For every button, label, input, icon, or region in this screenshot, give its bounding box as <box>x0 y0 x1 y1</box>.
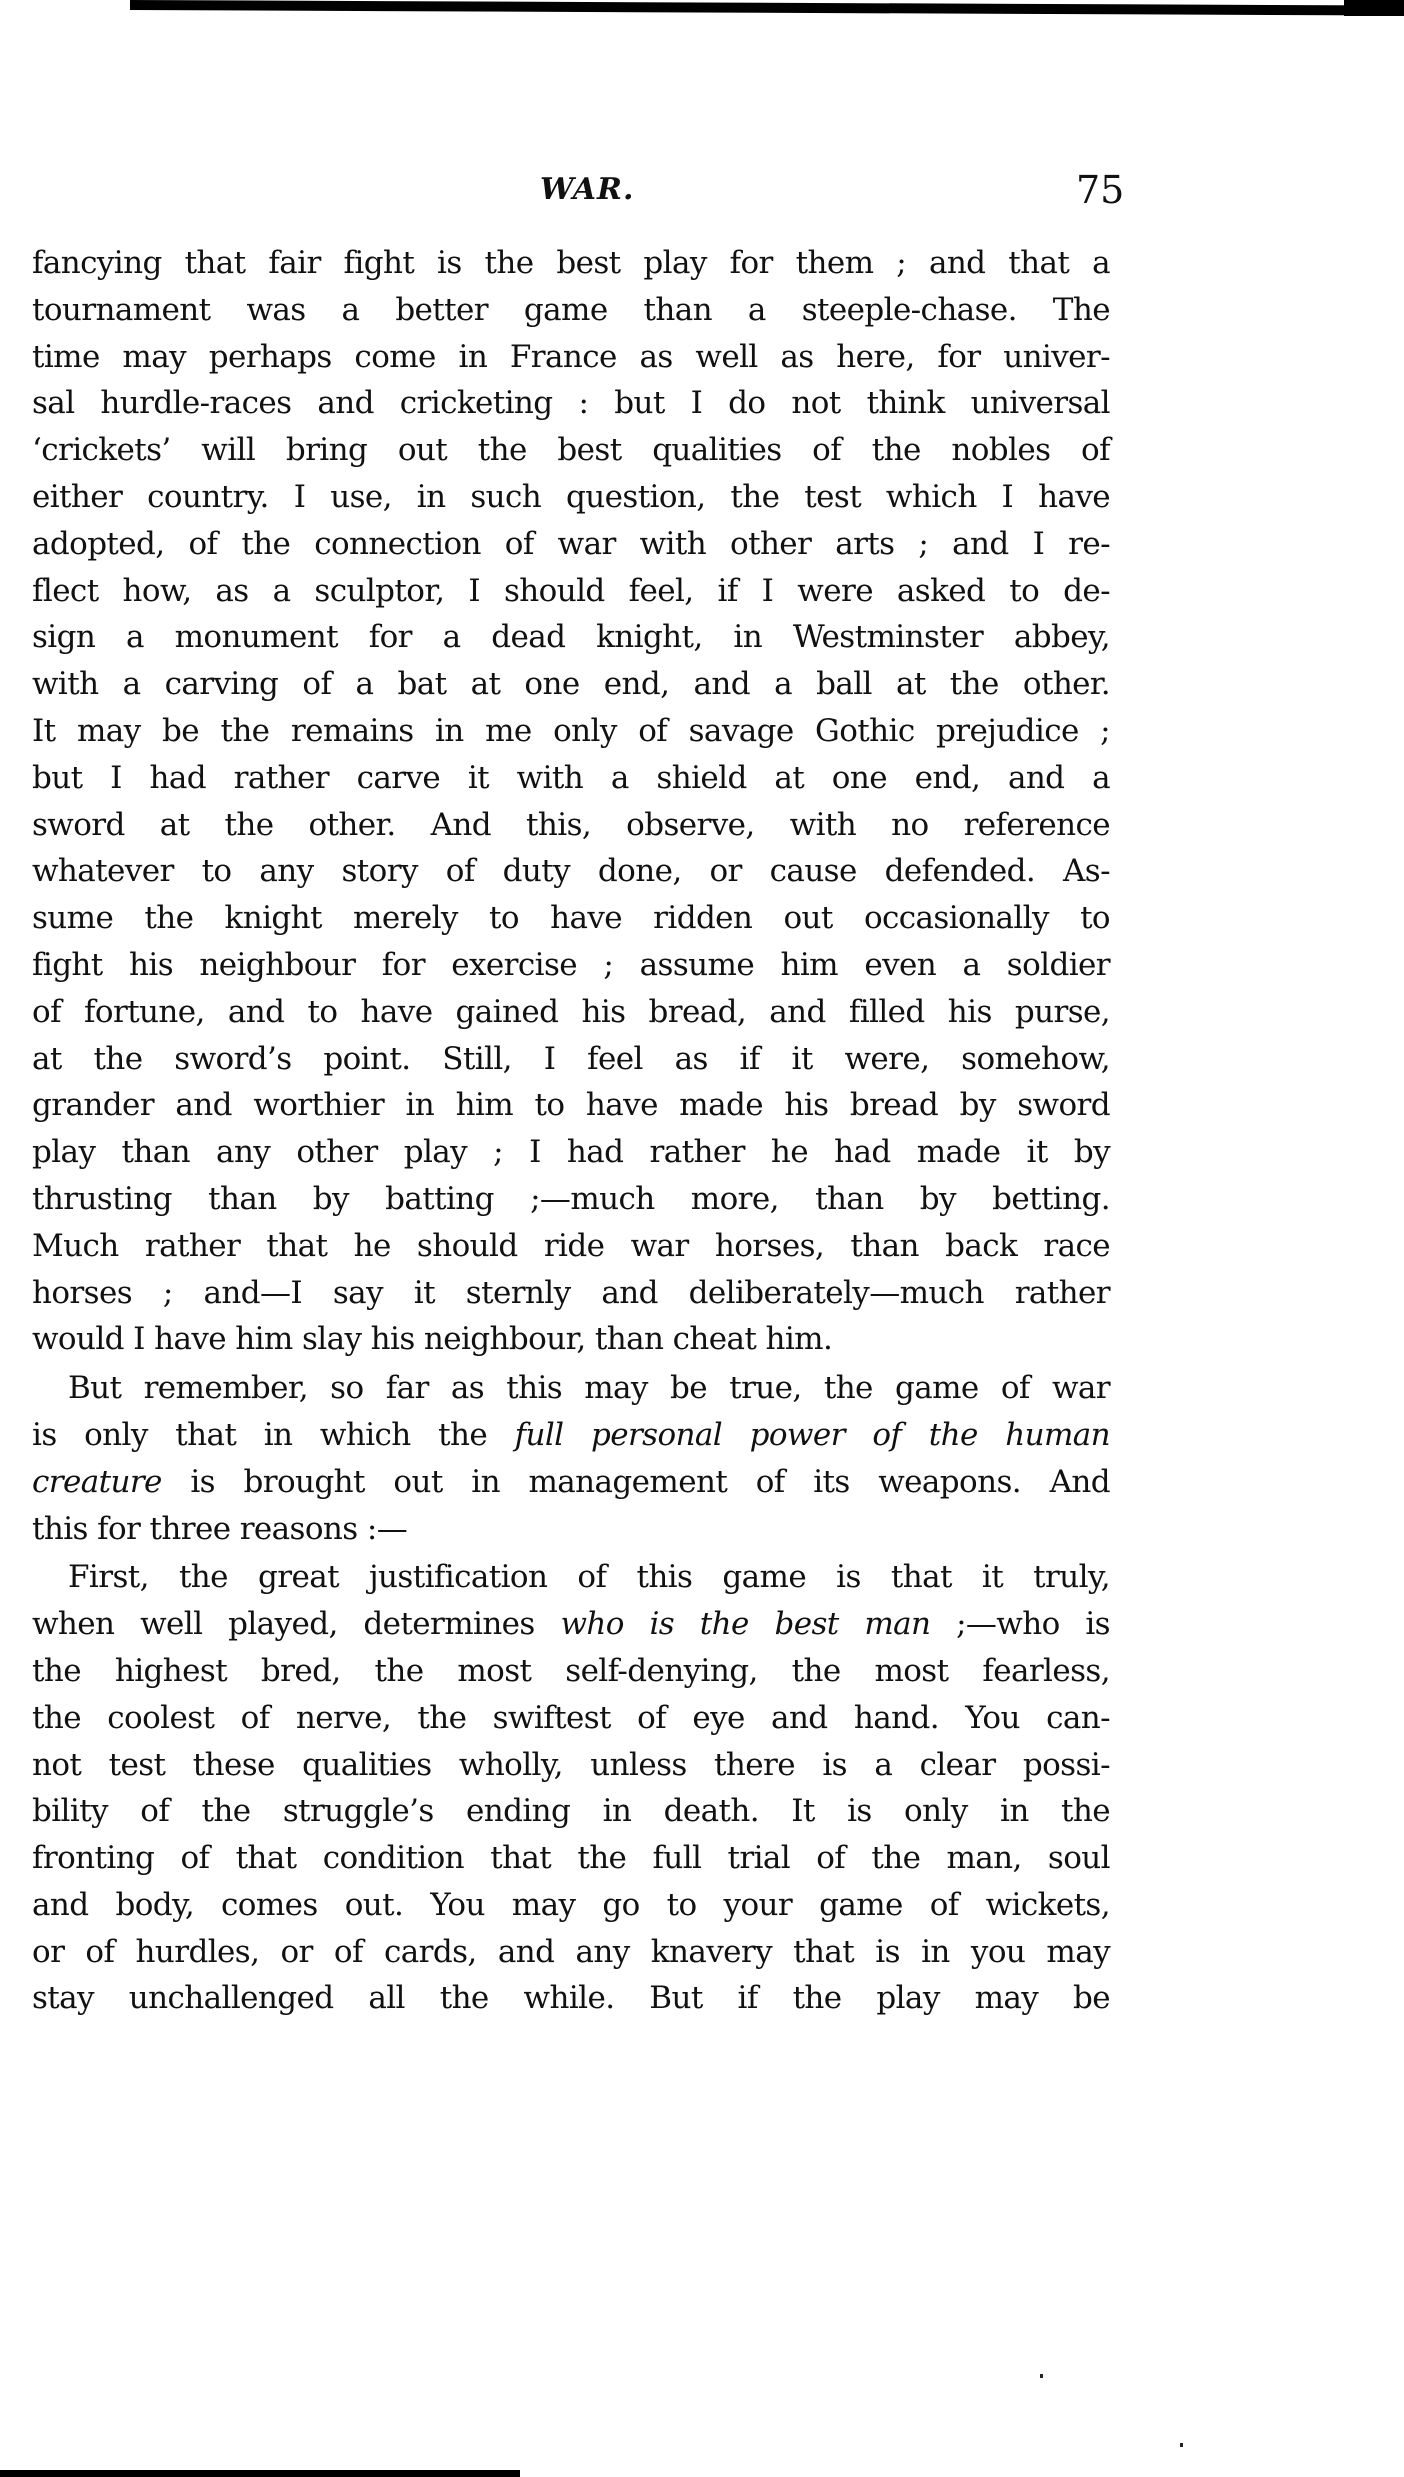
text-line: ‘crickets’ will bring out the best quali… <box>32 427 1110 474</box>
paragraph-3-line: not test these qualities wholly, unless … <box>32 1742 1110 1789</box>
text-line: sume the knight merely to have ridden ou… <box>32 895 1110 942</box>
text-line: horses ; and—I say it sternly and delibe… <box>32 1270 1110 1317</box>
paragraph-3-line: when well played, determines who is the … <box>32 1601 1110 1648</box>
text-line: It may be the remains in me only of sava… <box>32 708 1110 755</box>
paragraph-3-line: and body, comes out. You may go to your … <box>32 1882 1110 1929</box>
text-run: is brought out in management of its weap… <box>162 1464 1110 1500</box>
scan-edge-bottom <box>0 2470 520 2477</box>
scan-edge-top <box>130 0 1404 16</box>
page-header: WAR. 75 <box>0 168 1404 218</box>
paragraph-3-line: stay unchallenged all the while. But if … <box>32 1975 1110 2022</box>
text-run: ;—who is <box>930 1606 1110 1642</box>
text-line: sword at the other. And this, observe, w… <box>32 802 1110 849</box>
text-line: Much rather that he should ride war hors… <box>32 1223 1110 1270</box>
text-line: time may perhaps come in France as well … <box>32 334 1110 381</box>
paragraph-2-line: But remember, so far as this may be true… <box>32 1365 1110 1412</box>
text-line: whatever to any story of duty done, or c… <box>32 848 1110 895</box>
text-line: with a carving of a bat at one end, and … <box>32 661 1110 708</box>
running-title: WAR. <box>540 172 634 207</box>
paragraph-2-line: is only that in which the full personal … <box>32 1412 1110 1459</box>
italic-emphasis: creature <box>32 1464 162 1500</box>
text-line: thrusting than by batting ;—much more, t… <box>32 1176 1110 1223</box>
text-line: flect how, as a sculptor, I should feel,… <box>32 568 1110 615</box>
italic-emphasis: full personal power of the human <box>515 1417 1110 1453</box>
text-line: at the sword’s point. Still, I feel as i… <box>32 1036 1110 1083</box>
text-line: play than any other play ; I had rather … <box>32 1129 1110 1176</box>
paragraph-3-line: First, the great justification of this g… <box>32 1554 1110 1601</box>
paragraph-3-line: the highest bred, the most self-denying,… <box>32 1648 1110 1695</box>
text-line: fight his neighbour for exercise ; assum… <box>32 942 1110 989</box>
scan-edge-top-right <box>1344 0 1404 16</box>
paragraph-3-line: bility of the struggle’s ending in death… <box>32 1788 1110 1835</box>
paragraph-3-line: fronting of that condition that the full… <box>32 1835 1110 1882</box>
text-run: is only that in which the <box>32 1417 515 1453</box>
text-line: adopted, of the connection of war with o… <box>32 521 1110 568</box>
text-line: grander and worthier in him to have made… <box>32 1082 1110 1129</box>
text-line: fancying that fair fight is the best pla… <box>32 240 1110 287</box>
paragraph-3-line: or of hurdles, or of cards, and any knav… <box>32 1929 1110 1976</box>
text-line: would I have him slay his neighbour, tha… <box>32 1316 1110 1363</box>
text-line: but I had rather carve it with a shield … <box>32 755 1110 802</box>
page-number: 75 <box>1076 168 1124 212</box>
text-line: of fortune, and to have gained his bread… <box>32 989 1110 1036</box>
paragraph-2-line: this for three reasons :— <box>32 1506 1110 1553</box>
text-line: sign a monument for a dead knight, in We… <box>32 614 1110 661</box>
scan-speck <box>1180 2443 1183 2447</box>
text-line: sal hurdle-races and cricketing : but I … <box>32 380 1110 427</box>
scan-speck <box>1040 2374 1043 2378</box>
page-body: fancying that fair fight is the best pla… <box>32 240 1110 2022</box>
paragraph-2-line: creature is brought out in management of… <box>32 1459 1110 1506</box>
text-run: when well played, determines <box>32 1606 560 1642</box>
italic-emphasis: who is the best man <box>560 1606 930 1642</box>
text-line: either country. I use, in such question,… <box>32 474 1110 521</box>
paragraph-3-line: the coolest of nerve, the swiftest of ey… <box>32 1695 1110 1742</box>
text-line: tournament was a better game than a stee… <box>32 287 1110 334</box>
